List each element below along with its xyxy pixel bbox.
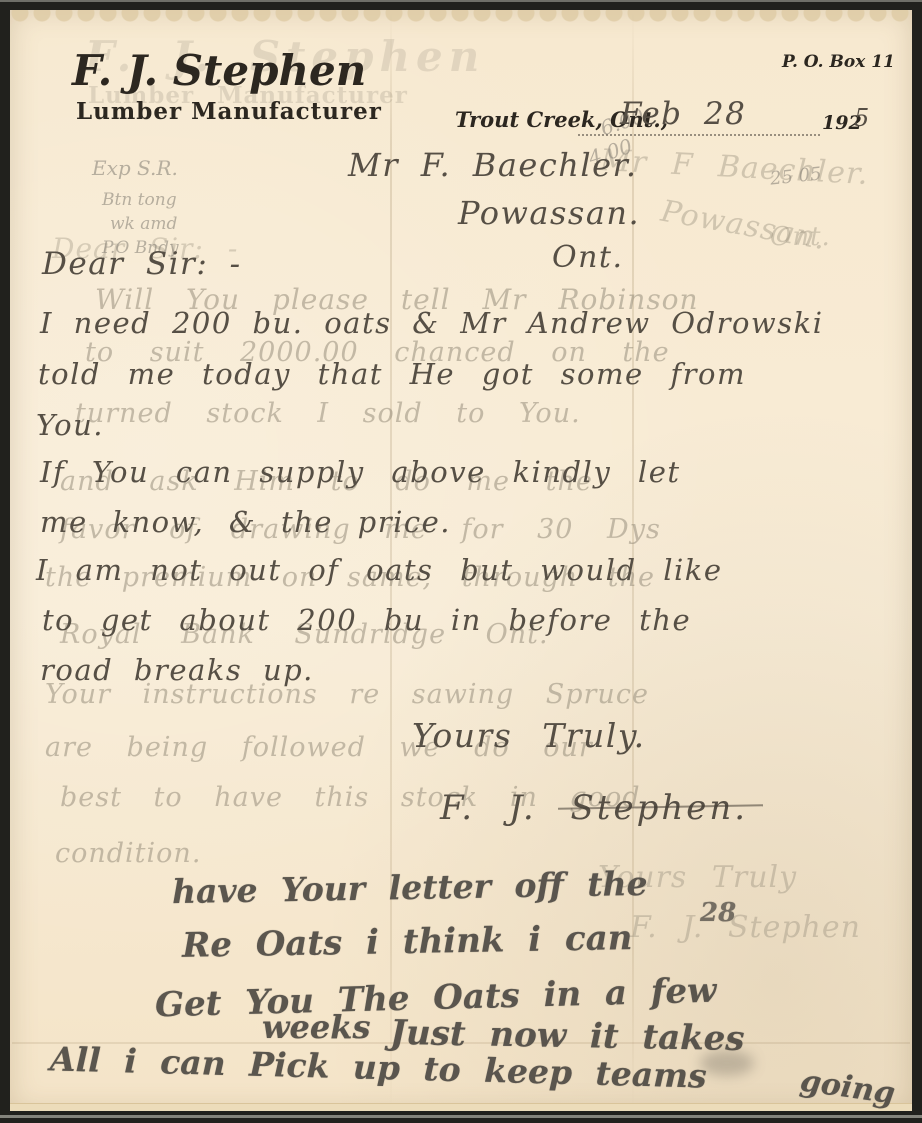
pencil-note-superscript: 28 — [700, 898, 736, 928]
scan-frame-top-line — [0, 0, 922, 2]
paper-bottom-edge — [10, 1103, 912, 1111]
pencil-smudge — [700, 1050, 754, 1076]
recipient-line: Ont. — [552, 240, 624, 275]
pencil-note-line: have Your letter off the — [172, 864, 648, 911]
salutation: Dear Sir: - — [42, 246, 242, 282]
body-line: I need 200 bu. oats & Mr Andrew Odrowski — [40, 306, 823, 340]
pencil-note-line: weeks — [262, 1008, 370, 1046]
ghost-line: F. J. Stephen — [630, 910, 861, 945]
scan-frame-bottom-line — [0, 1115, 922, 1118]
letterhead-name: F. J. Stephen — [72, 46, 366, 95]
ghost-line: turned stock I sold to You. — [75, 398, 581, 429]
date-handwritten: Feb 28 — [620, 96, 746, 132]
po-box: P. O. Box 11 — [782, 52, 895, 72]
letterhead-subtitle: Lumber Manufacturer — [76, 98, 382, 125]
body-line: I am not out of oats but would like — [36, 553, 723, 587]
faint-pencil-note: Exp S.R. — [92, 156, 178, 180]
ghost-line: condition. — [55, 838, 201, 869]
body-line: me know, & the price. — [40, 505, 451, 539]
ghost-line: Ont. — [770, 222, 831, 252]
body-line: told me today that He got some from — [38, 357, 746, 391]
scanned-letter: F. J. Stephen Lumber Manufacturer Mr F B… — [0, 0, 922, 1123]
body-line: to get about 200 bu in before the — [42, 603, 691, 637]
recipient-line: Mr F. Baechler. — [348, 146, 637, 184]
body-line: You. — [36, 408, 104, 442]
faint-pencil-note: wk amd — [110, 214, 177, 234]
recipient-line: Powassan. — [458, 194, 640, 232]
torn-paper-edge — [10, 10, 912, 29]
faint-pencil-note: Btn tong — [102, 190, 177, 210]
pencil-note-line: Re Oats i think i can — [182, 918, 633, 966]
year-digit-handwritten: 5 — [854, 104, 871, 132]
valediction: Yours Truly. — [412, 716, 646, 755]
body-line: If You can supply above kindly let — [40, 455, 681, 489]
body-line: road breaks up. — [40, 653, 314, 687]
